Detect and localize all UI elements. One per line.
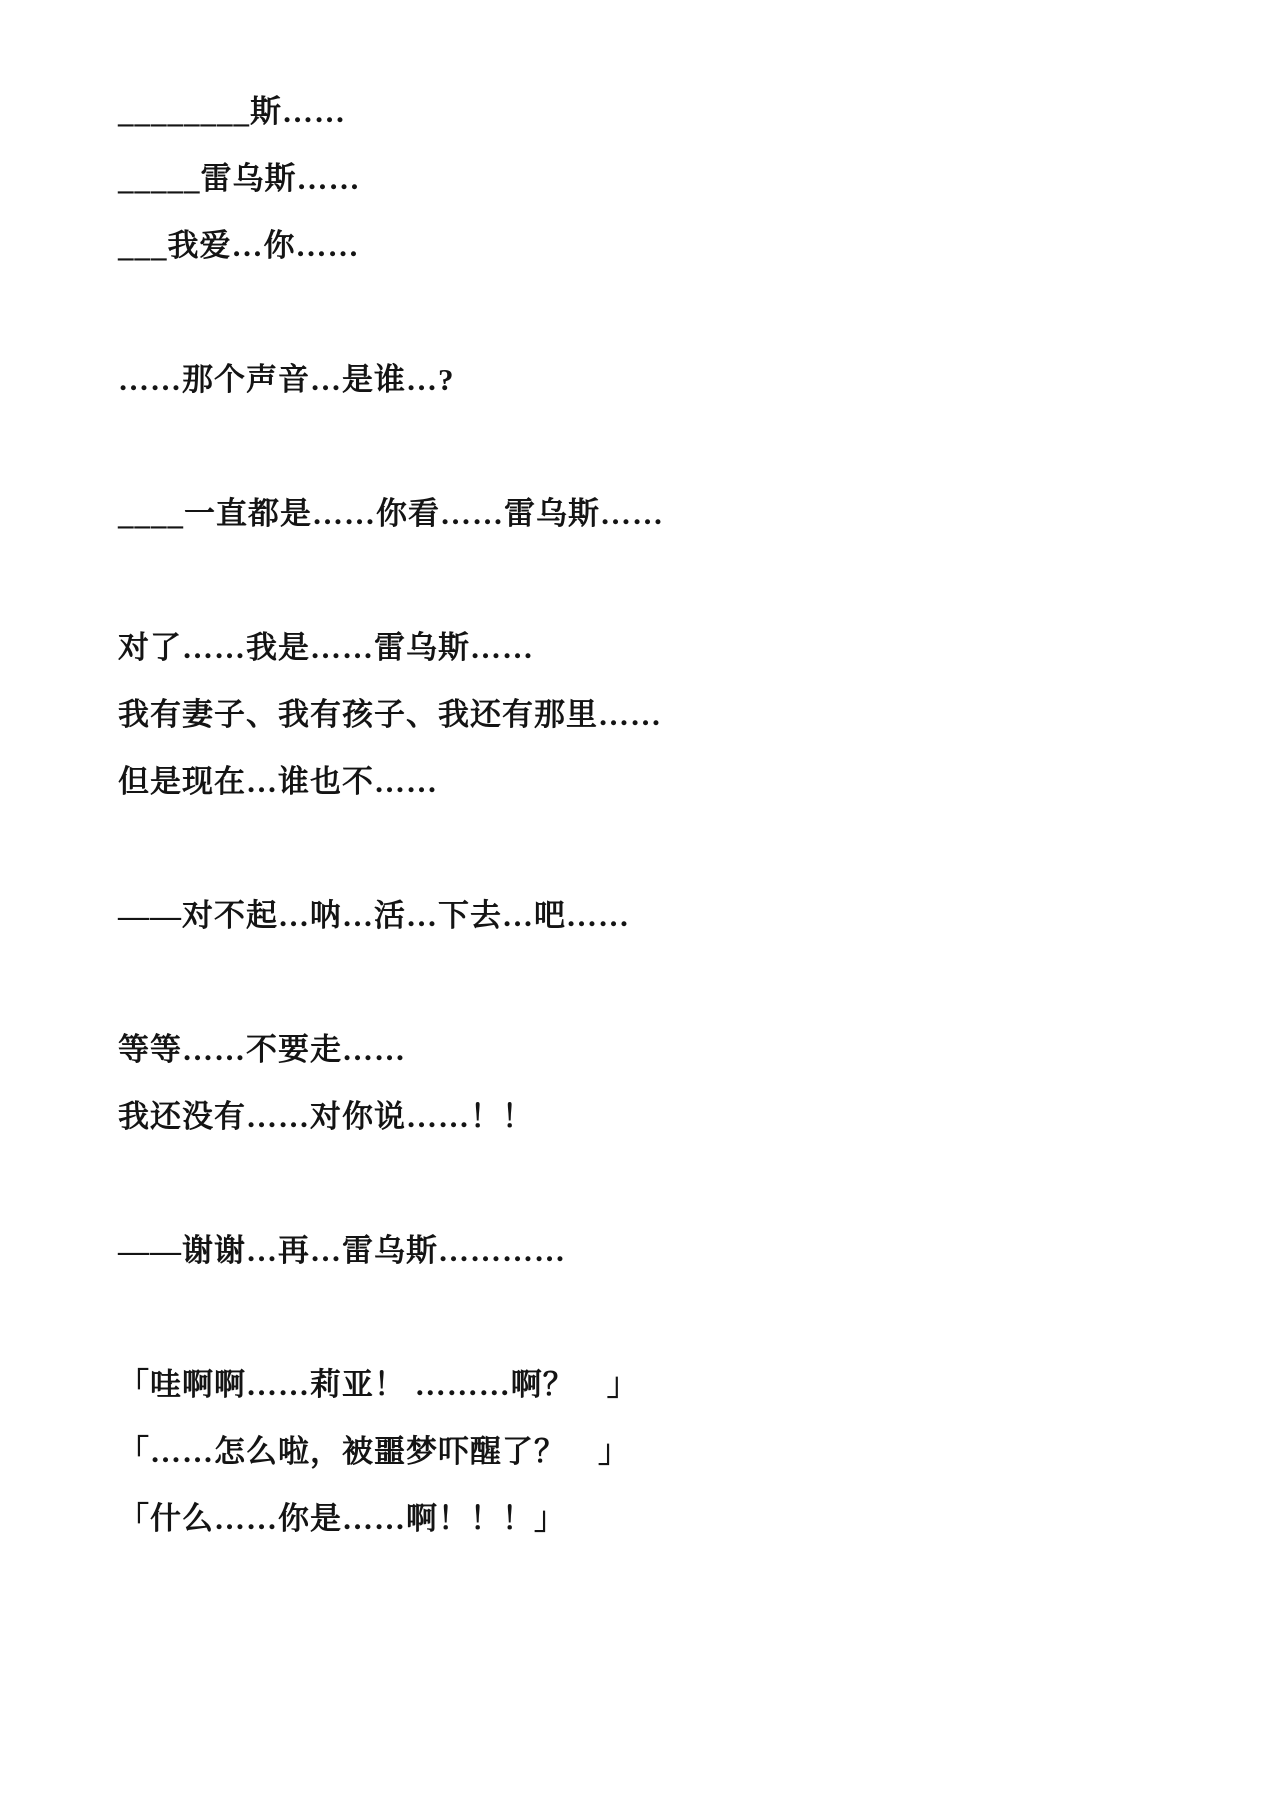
narration-line: _____雷乌斯…… — [118, 145, 1190, 212]
narration-line: 我还没有……对你说……！！ — [118, 1083, 1190, 1150]
narration-line: ……那个声音…是谁…? — [118, 346, 1190, 413]
dialogue-line: 「……怎么啦，被噩梦吓醒了？ 」 — [118, 1418, 1190, 1485]
dialogue-line: 「什么……你是……啊！！！」 — [118, 1485, 1190, 1552]
blank-line — [118, 413, 1190, 480]
blank-line — [118, 547, 1190, 614]
blank-line — [118, 1284, 1190, 1351]
narration-line: 但是现在…谁也不…… — [118, 748, 1190, 815]
narration-line: ____一直都是……你看……雷乌斯…… — [118, 480, 1190, 547]
narration-line: 等等……不要走…… — [118, 1016, 1190, 1083]
blank-line — [118, 1150, 1190, 1217]
novel-page-background: { "page": { "background_color": "#ffffff… — [0, 0, 1280, 1810]
document-page: ________斯…… _____雷乌斯…… ___我爱…你…… ……那个声音…… — [0, 0, 1280, 1810]
narration-line: ——谢谢…再…雷乌斯………… — [118, 1217, 1190, 1284]
narration-line: 对了……我是……雷乌斯…… — [118, 614, 1190, 681]
dialogue-line: 「哇啊啊……莉亚！ ………啊？ 」 — [118, 1351, 1190, 1418]
blank-line — [118, 949, 1190, 1016]
narration-line: ________斯…… — [118, 78, 1190, 145]
narration-line: ——对不起…呐…活…下去…吧…… — [118, 882, 1190, 949]
narration-line: ___我爱…你…… — [118, 212, 1190, 279]
blank-line — [118, 279, 1190, 346]
narration-line: 我有妻子、我有孩子、我还有那里…… — [118, 681, 1190, 748]
blank-line — [118, 815, 1190, 882]
